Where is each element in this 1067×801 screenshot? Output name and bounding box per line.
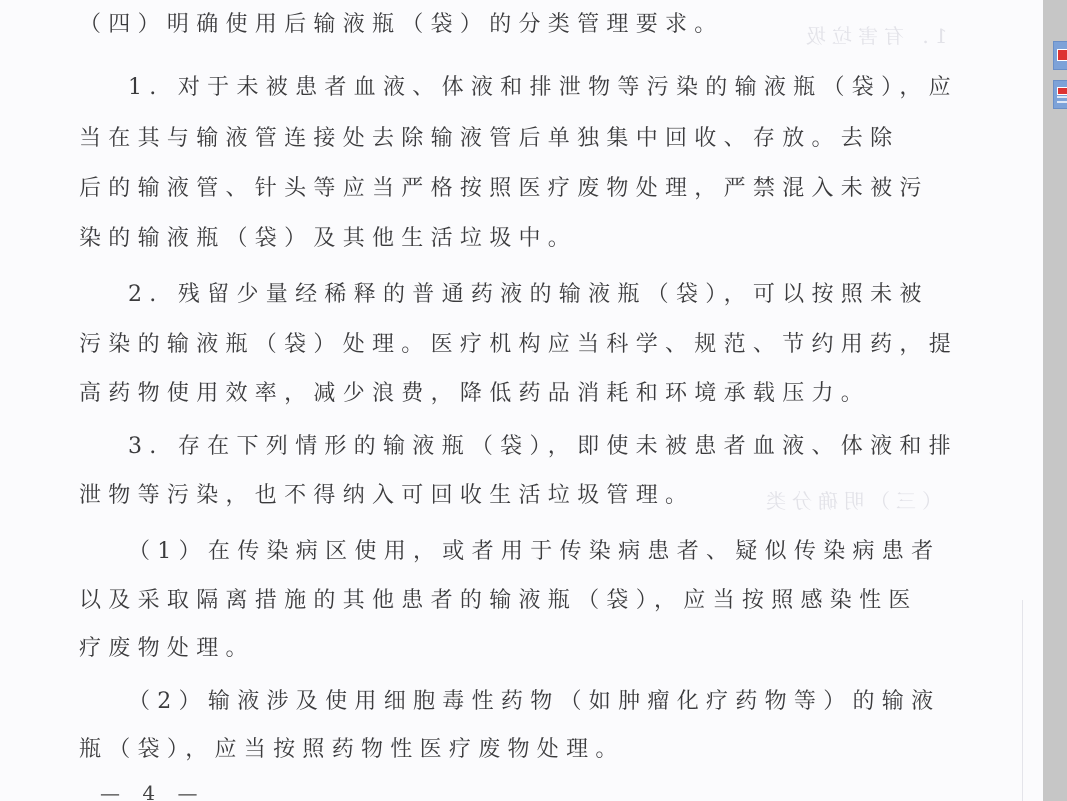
pdf-icon-line xyxy=(1057,96,1067,98)
convert-icon xyxy=(1057,49,1067,61)
side-toolbar xyxy=(1043,0,1067,801)
paragraph-line: 瓶（袋），应当按照药物性医疗废物处理。 xyxy=(79,735,625,765)
paragraph-line: 污染的输液瓶（袋）处理。医疗机构应当科学、规范、节约用药，提 xyxy=(79,330,958,360)
bleed-through-text: 1. 有害垃圾 xyxy=(800,20,947,49)
pdf-icon-line xyxy=(1057,101,1067,103)
pdf-button[interactable] xyxy=(1053,80,1067,109)
convert-button[interactable] xyxy=(1053,41,1067,70)
paragraph-line: 当在其与输液管连接处去除输液管后单独集中回收、存放。去除 xyxy=(79,124,899,154)
paragraph-line: 3. 存在下列情形的输液瓶（袋），即使未被患者血液、体液和排 xyxy=(128,432,958,462)
paragraph-line: （1）在传染病区使用，或者用于传染病患者、疑似传染病患者 xyxy=(128,537,940,567)
paragraph-line: 后的输液管、针头等应当严格按照医疗废物处理，严禁混入未被污 xyxy=(79,174,929,204)
document-page: 1. 有害垃圾 （三）明确分类 （四）明确使用后输液瓶（袋）的分类管理要求。 1… xyxy=(0,0,1043,801)
bleed-through-text: （三）明确分类 xyxy=(760,485,942,514)
paragraph-line: 2. 残留少量经稀释的普通药液的输液瓶（袋），可以按照未被 xyxy=(128,280,929,310)
page-number: — 4 — xyxy=(100,780,205,801)
paragraph-line: 高药物使用效率，减少浪费，降低药品消耗和环境承载压力。 xyxy=(79,379,870,409)
paragraph-line: 1. 对于未被患者血液、体液和排泄物等污染的输液瓶（袋），应 xyxy=(128,73,958,103)
paragraph-line: （2）输液涉及使用细胞毒性药物（如肿瘤化疗药物等）的输液 xyxy=(128,687,940,717)
paragraph-line: 疗废物处理。 xyxy=(79,634,255,664)
pdf-icon xyxy=(1057,87,1067,95)
paragraph-line: 染的输液瓶（袋）及其他生活垃圾中。 xyxy=(79,224,577,254)
paragraph-line: 以及采取隔离措施的其他患者的输液瓶（袋），应当按照感染性医 xyxy=(79,586,918,616)
paragraph-line: 泄物等污染，也不得纳入可回收生活垃圾管理。 xyxy=(79,481,694,511)
page-edge xyxy=(1022,600,1023,801)
section-heading: （四）明确使用后输液瓶（袋）的分类管理要求。 xyxy=(79,10,724,40)
